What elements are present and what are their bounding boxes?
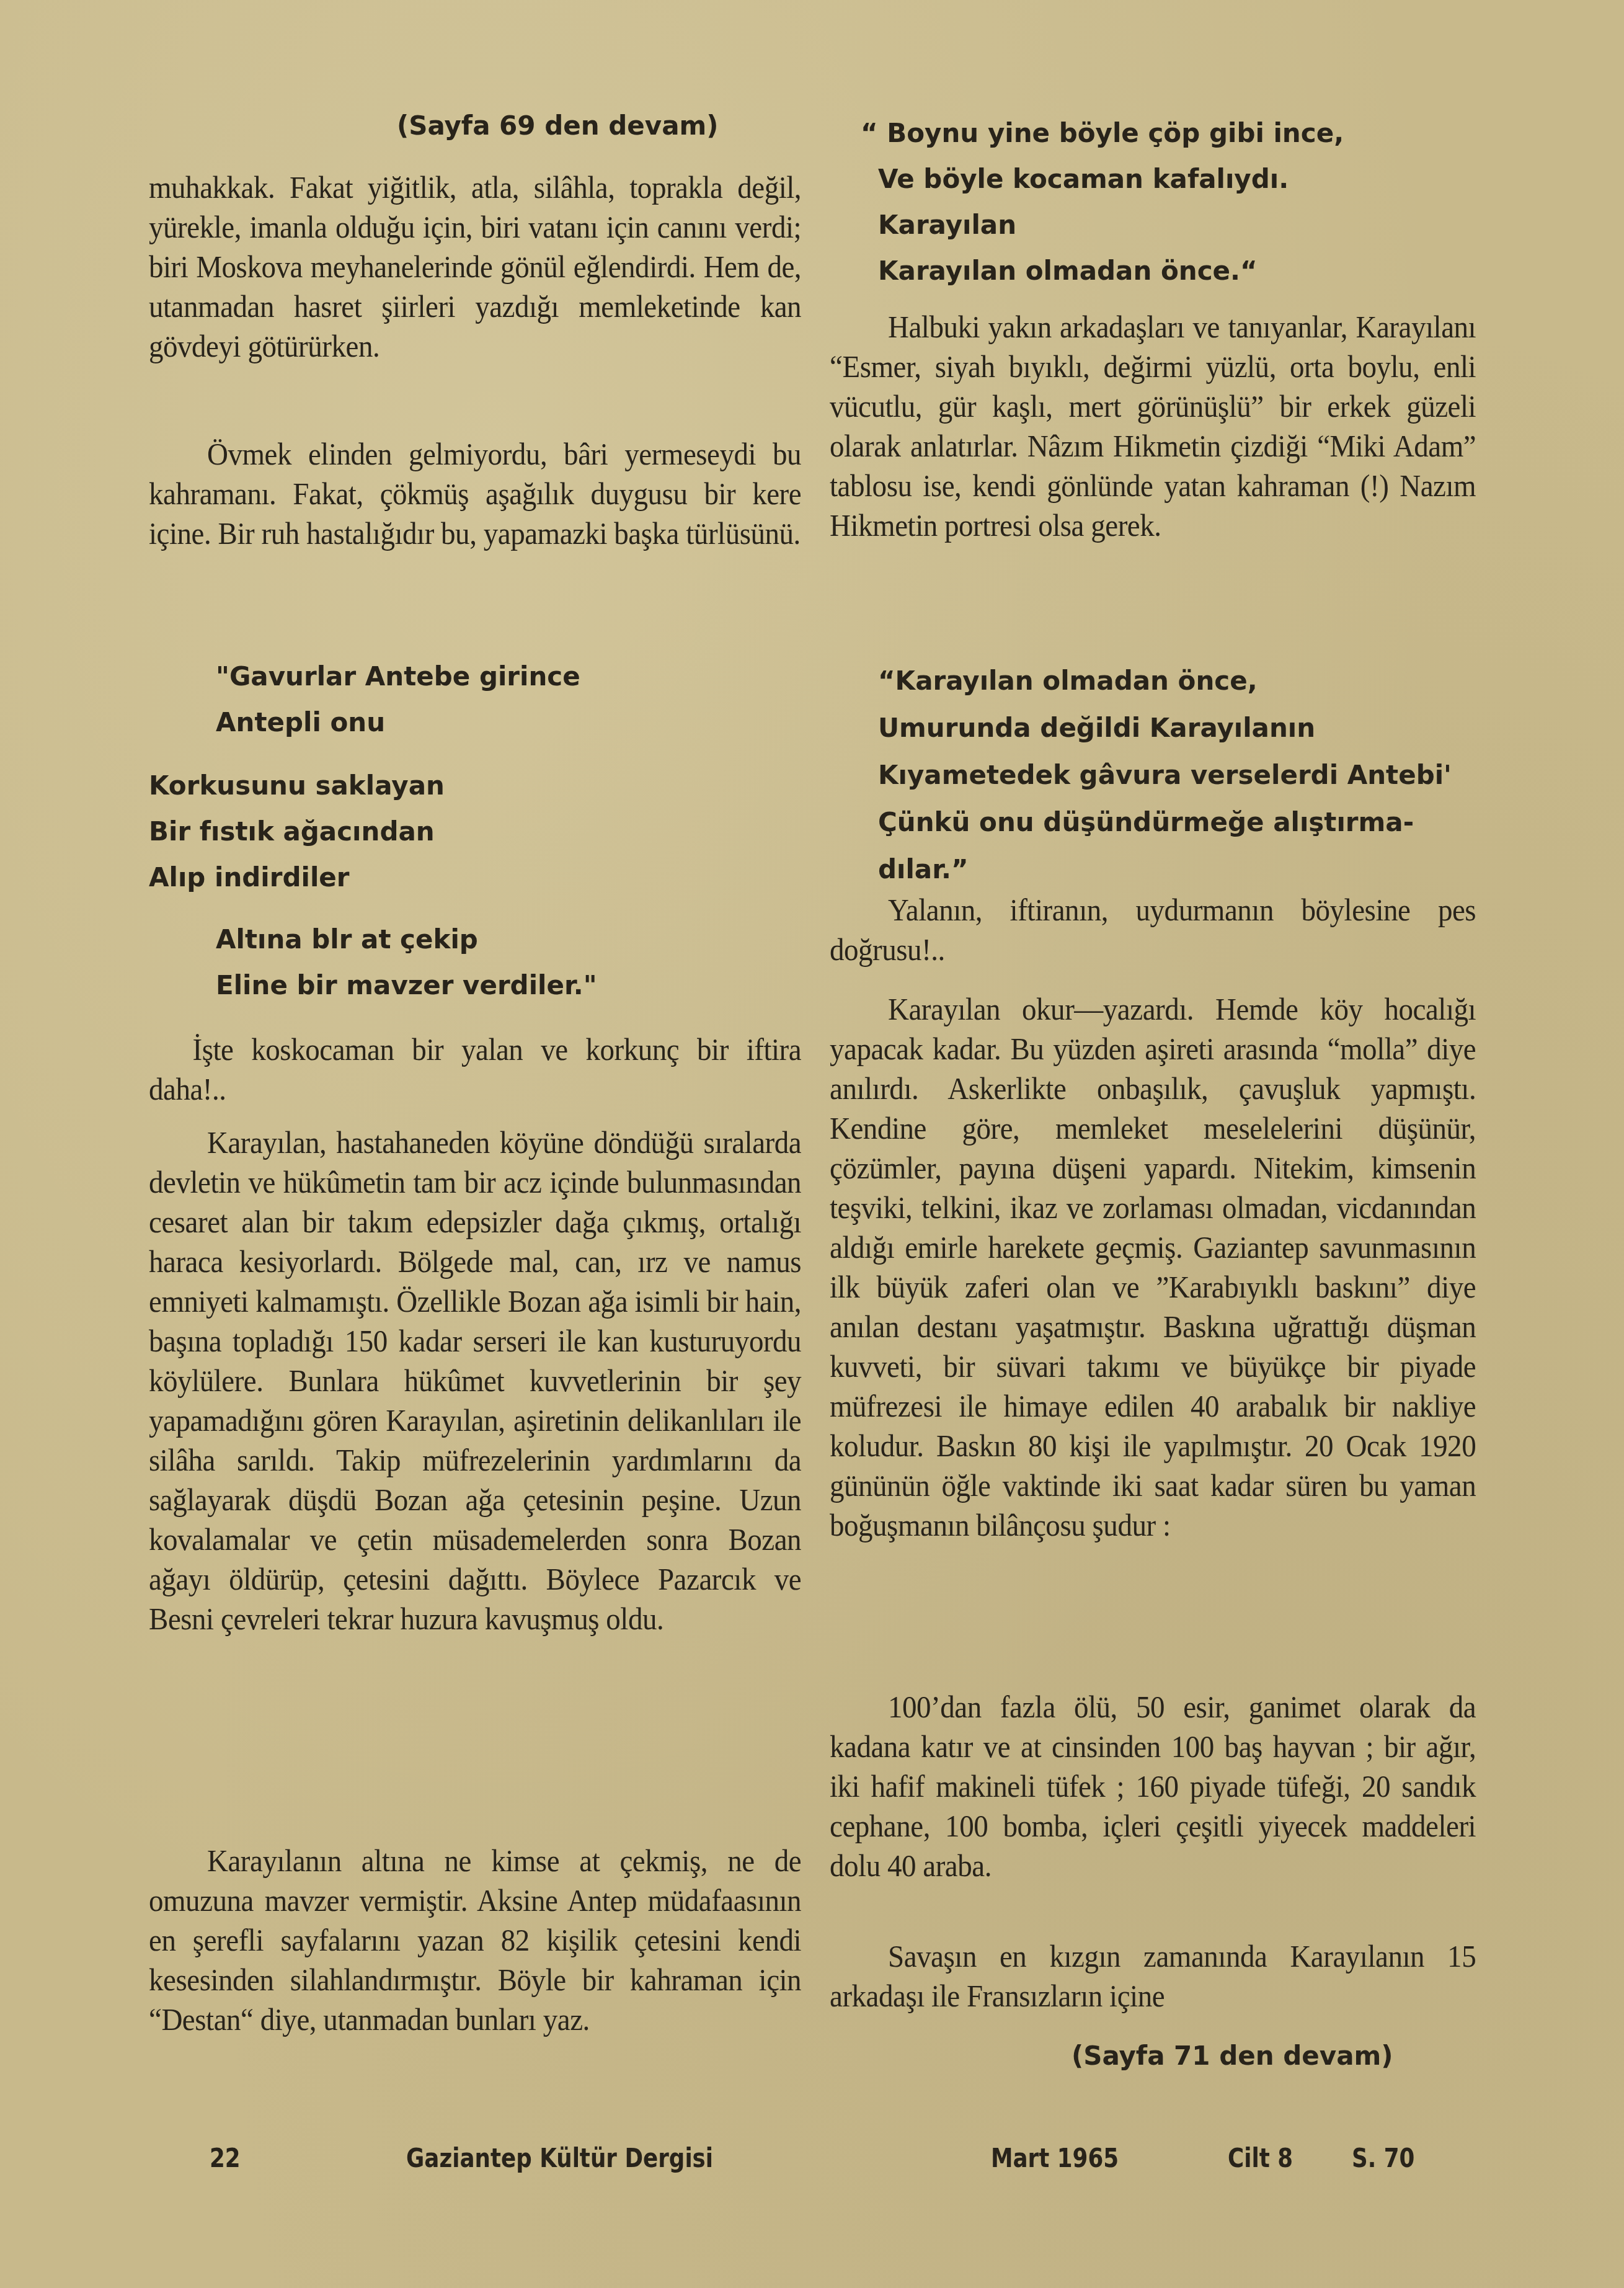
poem-line: Ve böyle kocaman kafalıydı. <box>861 156 1344 202</box>
paragraph-text: Savaşın en kızgın zamanında Karayılanın … <box>830 1936 1476 2016</box>
poem-line: Çünkü onu düşündürmeğe alıştırma- <box>878 799 1452 846</box>
paragraph-text: Karayılan okur—yazardı. Hemde köy hocalı… <box>830 989 1476 1545</box>
footer-magazine-title: Gaziantep Kültür Dergisi <box>406 2143 713 2173</box>
paragraph-text: 100’dan fazla ölü, 50 esir, ganimet olar… <box>830 1687 1476 1885</box>
paragraph: Yalanın, iftiranın, uydurmanın böylesine… <box>830 890 1476 969</box>
continued-to-note: (Sayfa 71 den devam) <box>1072 2041 1393 2071</box>
poem-line: “Karayılan olmadan önce, <box>878 657 1452 705</box>
paragraph: muhakkak. Fakat yiğitlik, atla, silâhla,… <box>149 167 801 366</box>
paragraph: Karayılan, hastahaneden köyüne döndüğü s… <box>149 1123 801 1639</box>
poem-line: Alıp indirdiler <box>149 855 445 901</box>
paragraph-text: Karayılanın altına ne kimse at çekmiş, n… <box>149 1841 801 2039</box>
poem-line: Altına blr at çekip <box>216 917 597 963</box>
poem-line: "Gavurlar Antebe girince <box>216 654 580 700</box>
poem-line: Bir fıstık ağacından <box>149 809 445 855</box>
poem-line: Karayılan olmadan önce.“ <box>861 248 1344 294</box>
poem-line: Kıyametedek gâvura verselerdi Antebi' <box>878 752 1452 799</box>
poem-line: Umurunda değildi Karayılanın <box>878 705 1452 752</box>
poem-stanza: "Gavurlar Antebe girince Antepli onu <box>216 654 580 746</box>
paragraph-text: Karayılan, hastahaneden köyüne döndüğü s… <box>149 1123 801 1639</box>
footer-date: Mart 1965 <box>991 2143 1119 2173</box>
poem-line: Karayılan <box>861 202 1344 248</box>
paragraph: Karayılan okur—yazardı. Hemde köy hocalı… <box>830 989 1476 1545</box>
poem-stanza: “ Boynu yine böyle çöp gibi ince, Ve böy… <box>861 110 1344 294</box>
paragraph: Karayılanın altına ne kimse at çekmiş, n… <box>149 1841 801 2039</box>
paragraph-text: muhakkak. Fakat yiğitlik, atla, silâhla,… <box>149 167 801 366</box>
poem-stanza: Altına blr at çekip Eline bir mavzer ver… <box>216 917 597 1008</box>
footer-page-number: 22 <box>210 2143 241 2173</box>
paragraph: Halbuki yakın arkadaşları ve tanıyanlar,… <box>830 307 1476 545</box>
poem-line: Antepli onu <box>216 700 580 746</box>
poem-stanza: “Karayılan olmadan önce, Umurunda değild… <box>878 657 1452 893</box>
paragraph-text: Övmek elinden gelmiyordu, bâri yermeseyd… <box>149 434 801 553</box>
poem-line: dılar.” <box>878 846 1452 893</box>
poem-line: “ Boynu yine böyle çöp gibi ince, <box>861 110 1344 156</box>
paragraph-text: Yalanın, iftiranın, uydurmanın böylesine… <box>830 890 1476 969</box>
paragraph-text: İşte koskocaman bir yalan ve korkunç bir… <box>149 1030 801 1109</box>
paragraph: 100’dan fazla ölü, 50 esir, ganimet olar… <box>830 1687 1476 1885</box>
paragraph-text: Halbuki yakın arkadaşları ve tanıyanlar,… <box>830 307 1476 545</box>
footer-volume: Cilt 8 <box>1228 2143 1293 2173</box>
paragraph: Savaşın en kızgın zamanında Karayılanın … <box>830 1936 1476 2016</box>
footer-issue: S. 70 <box>1352 2143 1414 2173</box>
paragraph: İşte koskocaman bir yalan ve korkunç bir… <box>149 1030 801 1109</box>
poem-stanza: Korkusunu saklayan Bir fıstık ağacından … <box>149 763 445 901</box>
poem-line: Eline bir mavzer verdiler." <box>216 963 597 1008</box>
continued-from-note: (Sayfa 69 den devam) <box>397 110 718 141</box>
poem-line: Korkusunu saklayan <box>149 763 445 809</box>
paragraph: Övmek elinden gelmiyordu, bâri yermeseyd… <box>149 434 801 553</box>
